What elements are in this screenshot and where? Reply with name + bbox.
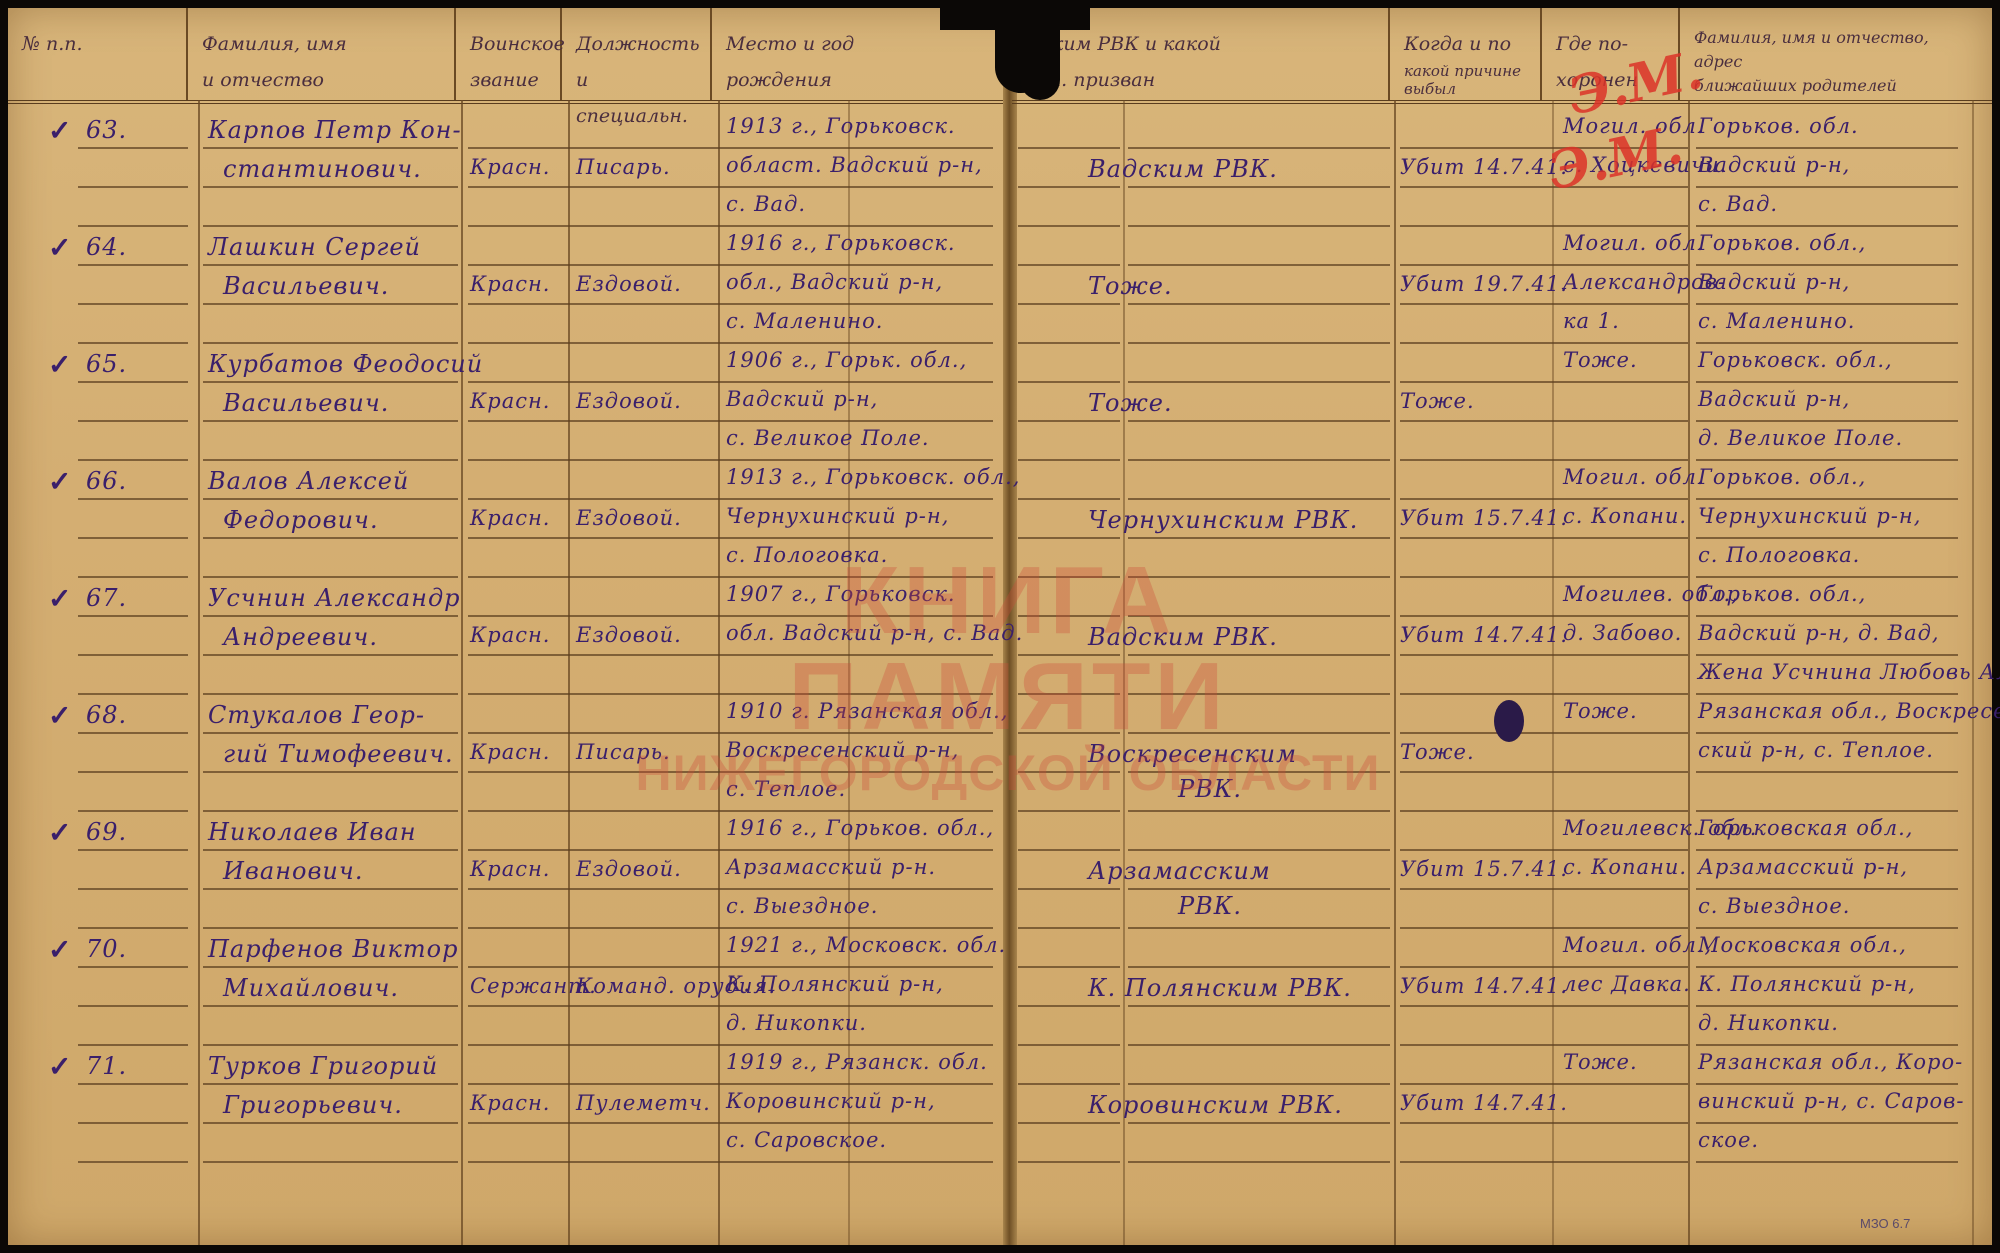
ruled-line [78,147,188,149]
header-num-label: № п.п. [22,26,178,62]
ruled-line [1696,732,1958,734]
soldier-name: Стукалов Геор- [208,701,425,729]
ruled-line [1128,1005,1390,1007]
soldier-name: Андреевич. [223,623,378,651]
death-date: Убит 14.7.41. [1400,1091,1568,1115]
ruled-line [203,186,458,188]
relatives-address: с. Маленино. [1698,309,1855,333]
birth-place-year: обл. Вадский р-н, с. Вад. [726,621,1023,645]
ruled-line [1400,1044,1688,1046]
birth-place-year: 1916 г., Горьков. обл., [726,816,994,840]
ruled-line [1018,303,1120,305]
death-date: Убит 15.7.41. [1400,506,1568,530]
checkmark-icon: ✓ [48,231,71,264]
ruled-line [1128,186,1390,188]
ruled-line [203,1005,458,1007]
ruled-line [1696,1005,1958,1007]
burial-place: с. Копани. [1563,504,1687,528]
header-position-line1: Должность [576,26,702,62]
draft-office: РВК. [1178,892,1242,920]
military-rank: Красн. [470,506,550,530]
relatives-address: Вадский р-н, [1698,270,1850,294]
ruled-line [1696,927,1958,929]
checkmark-icon: ✓ [48,1050,71,1083]
ruled-line [468,732,993,734]
ruled-line [203,888,458,890]
ruled-line [78,654,188,656]
header-num: № п.п. [8,8,188,100]
birth-place-year: обл., Вадский р-н, [726,270,943,294]
military-rank: Красн. [470,1091,550,1115]
draft-office: Тоже. [1088,389,1173,417]
military-rank: Красн. [470,857,550,881]
ruled-line [1696,966,1958,968]
ruled-line [78,615,188,617]
soldier-name: Карпов Петр Кон- [208,116,462,144]
ruled-line [78,342,188,344]
ruled-line [468,342,993,344]
soldier-name: Васильевич. [223,389,389,417]
ruled-line [78,849,188,851]
soldier-name: Иванович. [223,857,363,885]
ruled-line [78,1083,188,1085]
ruled-line [203,810,458,812]
ruled-line [1400,654,1688,656]
ruled-line [1128,381,1390,383]
birth-place-year: Коровинский р-н, [726,1089,936,1113]
ruled-line [1128,888,1390,890]
checkmark-icon: ✓ [48,816,71,849]
birth-place-year: с. Выездное. [726,894,878,918]
ruled-line [1128,342,1390,344]
relatives-address: ское. [1698,1128,1759,1152]
ruled-line [1400,459,1688,461]
torn-edge [940,0,1090,30]
relatives-address: Горьковск. обл., [1698,348,1893,372]
ruled-line [78,771,188,773]
ruled-line [1128,849,1390,851]
position: Ездовой. [576,389,682,413]
draft-office: К. Полянским РВК. [1088,974,1352,1002]
ruled-line [78,303,188,305]
ruled-line [468,576,993,578]
record-number: 71. [86,1052,127,1080]
ruled-line [1128,966,1390,968]
ruled-line [203,732,458,734]
ruled-line [1018,498,1120,500]
ruled-line [1128,459,1390,461]
ruled-line [468,1005,993,1007]
ruled-line [468,264,993,266]
birth-place-year: с. Маленино. [726,309,883,333]
ruled-line [1400,615,1688,617]
ruled-line [1018,1122,1120,1124]
ruled-line [468,654,993,656]
header-name-line1: Фамилия, имя [202,26,446,62]
soldier-name: Лашкин Сергей [208,233,421,261]
ruled-line [1018,576,1120,578]
ruled-line [78,1122,188,1124]
ruled-line [1128,1083,1390,1085]
draft-office: Арзамасским [1088,857,1271,885]
ruled-line [203,849,458,851]
ruled-line [468,927,993,929]
header-rvk-line2: обл. призван [1026,62,1380,98]
ruled-line [468,225,993,227]
record-number: 66. [86,467,127,495]
column-divider [718,100,720,1245]
draft-office: Коровинским РВК. [1088,1091,1343,1119]
header-name-line2: и отчество [202,62,446,98]
ruled-line [468,186,993,188]
ruled-line [1128,732,1390,734]
ruled-line [203,225,458,227]
ruled-line [1128,420,1390,422]
ruled-line [1128,693,1390,695]
ruled-line [1128,225,1390,227]
position: Ездовой. [576,272,682,296]
header-relatives-line1: Фамилия, имя и отчество, адрес [1694,26,1972,74]
column-divider [568,100,570,1245]
military-rank: Красн. [470,272,550,296]
soldier-name: Васильевич. [223,272,389,300]
ruled-line [468,498,993,500]
ruled-line [1018,1083,1120,1085]
ink-blot [1494,700,1524,742]
soldier-name: Усчнин Александр [208,584,461,612]
birth-place-year: 1906 г., Горьк. обл., [726,348,967,372]
ruled-line [1400,225,1688,227]
draft-office: РВК. [1178,775,1242,803]
birth-place-year: с. Саровское. [726,1128,887,1152]
ruled-line [1128,1161,1390,1163]
ruled-line [203,342,458,344]
header-birth-line1: Место и год [726,26,994,62]
soldier-name: Николаев Иван [208,818,417,846]
soldier-name: Курбатов Феодосий [208,350,483,378]
ruled-line [1018,771,1120,773]
ruled-line [1128,498,1390,500]
ruled-line [203,693,458,695]
ruled-line [468,1161,993,1163]
draft-office: Воскресенским [1088,740,1297,768]
header-name: Фамилия, имя и отчество [188,8,456,100]
burial-place: Могил. обл. [1563,465,1705,489]
relatives-address: винский р-н, с. Саров- [1698,1089,1964,1113]
soldier-name: Валов Алексей [208,467,409,495]
relatives-address: с. Вад. [1698,192,1778,216]
header-rank-line2: звание [470,62,552,98]
position: Ездовой. [576,623,682,647]
position: Писарь. [576,155,671,179]
record-number: 64. [86,233,127,261]
ruled-line [1400,810,1688,812]
ruled-line [1128,537,1390,539]
ruled-line [1128,1044,1390,1046]
birth-place-year: 1921 г., Московск. обл. [726,933,1006,957]
relatives-address: Горьковская обл., [1698,816,1913,840]
ledger-sheet: № п.п. Фамилия, имя и отчество Воинское … [8,8,1992,1245]
ruled-line [1696,459,1958,461]
ruled-line [1018,654,1120,656]
ruled-line [1696,771,1958,773]
ruled-line [468,615,993,617]
ruled-line [468,1122,993,1124]
ruled-line [1128,615,1390,617]
ruled-line [1128,147,1390,149]
ruled-line [78,186,188,188]
ruled-line [468,1044,993,1046]
ruled-line [78,459,188,461]
ruled-line [468,771,993,773]
header-rvk-line1: Каким РВК и какой [1026,26,1380,62]
burial-place: лес Давка. [1563,972,1691,996]
ruled-line [78,537,188,539]
soldier-name: Григорьевич. [223,1091,403,1119]
relatives-address: с. Пологовка. [1698,543,1860,567]
ruled-line [1696,693,1958,695]
ruled-line [203,966,458,968]
ruled-line [78,927,188,929]
ruled-line [1018,186,1120,188]
burial-place: Тоже. [1563,348,1638,372]
relatives-address: Рязанская обл., Воскресен- [1698,699,2000,723]
header-when-line2: какой причине выбыл [1404,62,1532,98]
ruled-line [203,537,458,539]
ruled-line [468,420,993,422]
ruled-line [203,264,458,266]
ruled-line [1400,771,1688,773]
checkmark-icon: ✓ [48,348,71,381]
position: Ездовой. [576,857,682,881]
ruled-line [1018,1161,1120,1163]
ruled-line [1400,537,1688,539]
draft-office: Вадским РВК. [1088,623,1278,651]
ruled-line [1018,849,1120,851]
ruled-line [468,303,993,305]
ruled-line [203,771,458,773]
ruled-line [1018,810,1120,812]
column-divider [198,100,200,1245]
relatives-address: Чернухинский р-н, [1698,504,1921,528]
burial-place: Тоже. [1563,699,1638,723]
death-date: Тоже. [1400,740,1475,764]
soldier-name: Турков Григорий [208,1052,438,1080]
ruled-line [1018,1005,1120,1007]
death-date: Убит 14.7.41. [1400,974,1568,998]
death-date: Тоже. [1400,389,1475,413]
ruled-line [1696,576,1958,578]
ruled-line [203,654,458,656]
ruled-line [78,498,188,500]
ruled-line [1018,264,1120,266]
birth-place-year: област. Вадский р-н, [726,153,983,177]
relatives-address: Вадский р-н, [1698,387,1850,411]
ruled-line [78,693,188,695]
relatives-address: Горьков. обл. [1698,114,1859,138]
relatives-address: с. Выездное. [1698,894,1850,918]
military-rank: Красн. [470,389,550,413]
soldier-name: Михайлович. [223,974,399,1002]
birth-place-year: 1916 г., Горьковск. [726,231,956,255]
birth-place-year: Чернухинский р-н, [726,504,949,528]
ruled-line [203,1161,458,1163]
ruled-line [1018,147,1120,149]
ruled-line [1400,342,1688,344]
ruled-line [1018,381,1120,383]
position: Ездовой. [576,506,682,530]
relatives-address: ский р-н, с. Теплое. [1698,738,1934,762]
ruled-line [1128,810,1390,812]
ruled-line [78,1044,188,1046]
ruled-line [468,888,993,890]
ruled-line [1696,303,1958,305]
ruled-line [78,1161,188,1163]
ruled-line [1128,264,1390,266]
ruled-line [1128,654,1390,656]
birth-place-year: с. Теплое. [726,777,846,801]
ruled-line [1696,810,1958,812]
ruled-line [1128,303,1390,305]
burial-place: ка 1. [1563,309,1620,333]
soldier-name: Парфенов Виктор [208,935,458,963]
ruled-line [1018,732,1120,734]
relatives-address: Московская обл., [1698,933,1907,957]
ruled-line [468,381,993,383]
birth-place-year: 1919 г., Рязанск. обл. [726,1050,988,1074]
ruled-line [468,537,993,539]
ruled-line [468,849,993,851]
position: Писарь. [576,740,671,764]
birth-place-year: с. Пологовка. [726,543,888,567]
burial-place: Тоже. [1563,1050,1638,1074]
relatives-address: Жена Усчнина Любовь Алек. [1698,660,2000,684]
ruled-line [1018,459,1120,461]
ruled-line [1400,732,1688,734]
burial-place: Могил. обл. [1563,231,1705,255]
ruled-line [203,420,458,422]
soldier-name: Федорович. [223,506,379,534]
record-number: 70. [86,935,127,963]
ruled-line [78,576,188,578]
checkmark-icon: ✓ [48,114,71,147]
ruled-line [1696,849,1958,851]
header-when: Когда и по какой причине выбыл [1390,8,1542,100]
ruled-line [1018,888,1120,890]
ruled-line [1400,849,1688,851]
ruled-line [1696,1161,1958,1163]
ruled-line [203,381,458,383]
relatives-address: Горьков. обл., [1698,582,1866,606]
ruled-line [1696,1083,1958,1085]
birth-place-year: д. Никопки. [726,1011,867,1035]
birth-place-year: 1910 г. Рязанская обл., [726,699,1009,723]
ruled-line [468,1083,993,1085]
ruled-line [1400,1122,1688,1124]
ruled-line [203,576,458,578]
ruled-line [1696,615,1958,617]
ruled-line [1400,186,1688,188]
ruled-line [203,615,458,617]
header-position: Должность и специальн. [562,8,712,100]
ruled-line [78,810,188,812]
ruled-line [78,264,188,266]
relatives-address: Арзамасский р-н, [1698,855,1908,879]
military-rank: Красн. [470,740,550,764]
ruled-line [1400,888,1688,890]
header-rank: Воинское звание [456,8,562,100]
checkmark-icon: ✓ [48,465,71,498]
ruled-line [1400,1161,1688,1163]
ruled-line [203,303,458,305]
ruled-line [1128,1122,1390,1124]
ruled-line [78,888,188,890]
ruled-line [203,147,458,149]
draft-office: Чернухинским РВК. [1088,506,1358,534]
right-header-row: Каким РВК и какой обл. призван Когда и п… [1012,8,1992,104]
soldier-name: стантинович. [223,155,422,183]
birth-place-year: Арзамасский р-н. [726,855,936,879]
ruled-line [1400,264,1688,266]
birth-place-year: с. Великое Поле. [726,426,930,450]
ruled-line [1696,654,1958,656]
record-number: 67. [86,584,127,612]
relatives-address: Рязанская обл., Коро- [1698,1050,1963,1074]
ruled-line [78,225,188,227]
ruled-line [78,966,188,968]
birth-place-year: с. Вад. [726,192,806,216]
relatives-address: Горьков. обл., [1698,231,1866,255]
ruled-line [1696,225,1958,227]
header-position-line2: и специальн. [576,62,702,134]
ruled-line [1128,576,1390,578]
column-divider [1394,100,1396,1245]
record-number: 65. [86,350,127,378]
relatives-address: К. Полянский р-н, [1698,972,1916,996]
ruled-line [1400,1083,1688,1085]
birth-place-year: 1913 г., Горьковск. [726,114,956,138]
death-date: Убит 14.7.41. [1400,155,1568,179]
ruled-line [203,1083,458,1085]
checkmark-icon: ✓ [48,933,71,966]
military-rank: Красн. [470,623,550,647]
torn-edge [1020,0,1060,100]
ruled-line [1018,615,1120,617]
ruled-line [1018,537,1120,539]
left-header-row: № п.п. Фамилия, имя и отчество Воинское … [8,8,1008,104]
ruled-line [1696,264,1958,266]
ruled-line [78,381,188,383]
ruled-line [468,147,993,149]
ruled-line [1696,186,1958,188]
column-divider [461,100,463,1245]
burial-place: с. Копани. [1563,855,1687,879]
ruled-line [468,810,993,812]
ruled-line [78,732,188,734]
header-birth-line2: рождения [726,62,994,98]
checkmark-icon: ✓ [48,699,71,732]
ruled-line [1400,420,1688,422]
ruled-line [1018,342,1120,344]
archive-stamp: МЗО 6.7 [1860,1216,1910,1231]
ruled-line [203,459,458,461]
ruled-line [1018,927,1120,929]
ruled-line [1400,1005,1688,1007]
relatives-address: Горьков. обл., [1698,465,1866,489]
ruled-line [1400,303,1688,305]
ruled-line [1018,693,1120,695]
ruled-line [1018,966,1120,968]
